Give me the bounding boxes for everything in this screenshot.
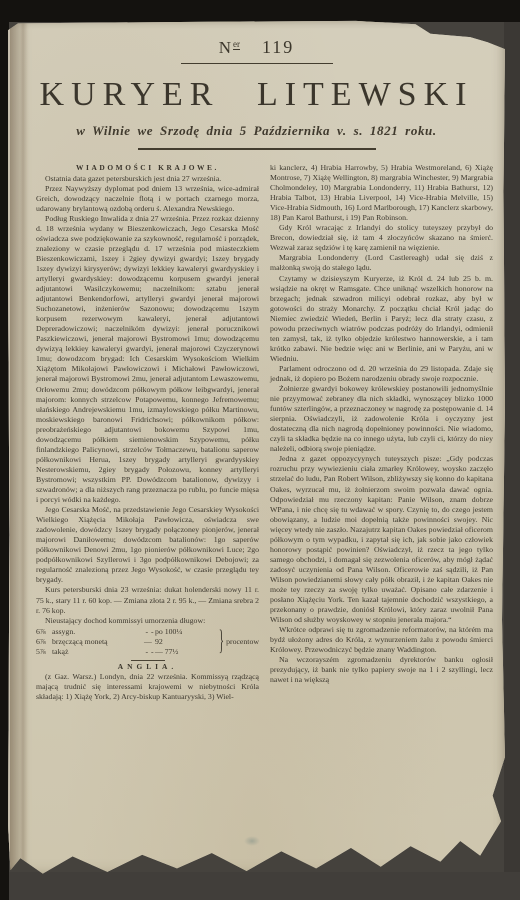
issue-number: 119 [262, 37, 294, 57]
funds-dash: — [144, 637, 152, 647]
rule-under-dateline [138, 148, 376, 150]
paragraph: Nieustający dochod kommissyi umorzenia d… [36, 616, 259, 626]
funds-value: — 77½ [155, 647, 203, 657]
paragraph: Na wczorayszém zgromadzeniu dyrektorów b… [270, 655, 493, 685]
rule-above-anglia [131, 660, 165, 661]
scan-background-top [0, 0, 520, 22]
funds-brace-label: procentow [226, 637, 259, 647]
funds-brace: } procentow [219, 627, 259, 657]
scan-background-bottom [0, 872, 520, 900]
dateline: w Wilnie we Srzodę dnia 5 Października v… [8, 123, 505, 139]
paragraph: Margrabia Londonderry (Lord Castlereagh)… [270, 253, 493, 273]
paper-title: KURYER LITEWSKI [8, 76, 505, 114]
funds-rate: 6⅞ [36, 637, 52, 647]
right-column: ki kanclerz, 4) Hrabia Harrowby, 5) Hrab… [270, 163, 493, 702]
ink-smudge-bottom [244, 836, 260, 846]
funds-desc: takąż [52, 647, 144, 657]
paragraph: Wkrótce odprawi się tu zgromadzenie refo… [270, 625, 493, 655]
scan-background-left [0, 0, 9, 900]
newspaper-page: Ner119 KURYER LITEWSKI w Wilnie we Srzod… [8, 20, 505, 877]
paragraph: Kurs petersburski dnia 23 września: duka… [36, 585, 259, 615]
paragraph: Przez Naywyższy dyplomat pod dniem 13 wr… [36, 184, 259, 214]
brace-glyph: } [219, 623, 224, 660]
left-column: WIADOMOŚCI KRAJOWE. Ostatnia data gazet … [36, 163, 259, 702]
funds-value: po 100¼ [155, 627, 203, 637]
funds-desc: brzęczącą monetą [52, 637, 144, 647]
paragraph-continuation: ki kanclerz, 4) Hrabia Harrowby, 5) Hrab… [270, 163, 493, 223]
body-columns: WIADOMOŚCI KRAJOWE. Ostatnia data gazet … [8, 163, 505, 702]
funds-rate: 5⅞ [36, 647, 52, 657]
paragraph: Podług Ruskiego Inwalida z dnia 27 wrześ… [36, 214, 259, 505]
ink-smudge-top [448, 28, 468, 37]
issue-superscript: er [233, 39, 240, 50]
funds-row: 6⅞ assygn. - - po 100¼ [36, 627, 203, 637]
issue-line: Ner119 [8, 37, 505, 58]
paragraph: Gdy Król wracając z Irlandyi do stolicy … [270, 223, 493, 253]
paragraph: Czytamy w dzisieyszym Kuryerze, iż Król … [270, 274, 493, 364]
paragraph: Ostatnia data gazet petersburskich jest … [36, 174, 259, 184]
paragraph: Jego Cesarska Mość, na przedstawienie Je… [36, 505, 259, 585]
scan-background-right [504, 0, 520, 900]
paragraph: Parlament odroczono od d. 20 września do… [270, 364, 493, 384]
funds-row: 5⅞ takąż - - — 77½ [36, 647, 203, 657]
funds-rate: 6⅞ [36, 627, 52, 637]
masthead: Ner119 KURYER LITEWSKI w Wilnie we Srzod… [8, 20, 505, 150]
paragraph: Żołnierze gwardyi bokowey królewskiey po… [270, 384, 493, 454]
paragraph: Jedna z gazet oppozycyynych tuteyszych p… [270, 454, 493, 625]
rule-under-issue [181, 63, 333, 64]
funds-value: 92 [155, 637, 203, 647]
section-heading-krajowe: WIADOMOŚCI KRAJOWE. [36, 163, 259, 173]
funds-row: 6⅞ brzęczącą monetą — 92 [36, 637, 203, 647]
issue-prefix: N [219, 38, 233, 57]
funds-table: 6⅞ assygn. - - po 100¼ 6⅞ brzęczącą mone… [36, 627, 259, 657]
paragraph: (z Gaz. Warsz.) Londyn, dnia 22 września… [36, 672, 259, 702]
section-heading-anglia: ANGLIA. [36, 662, 259, 672]
funds-desc: assygn. [52, 627, 144, 637]
